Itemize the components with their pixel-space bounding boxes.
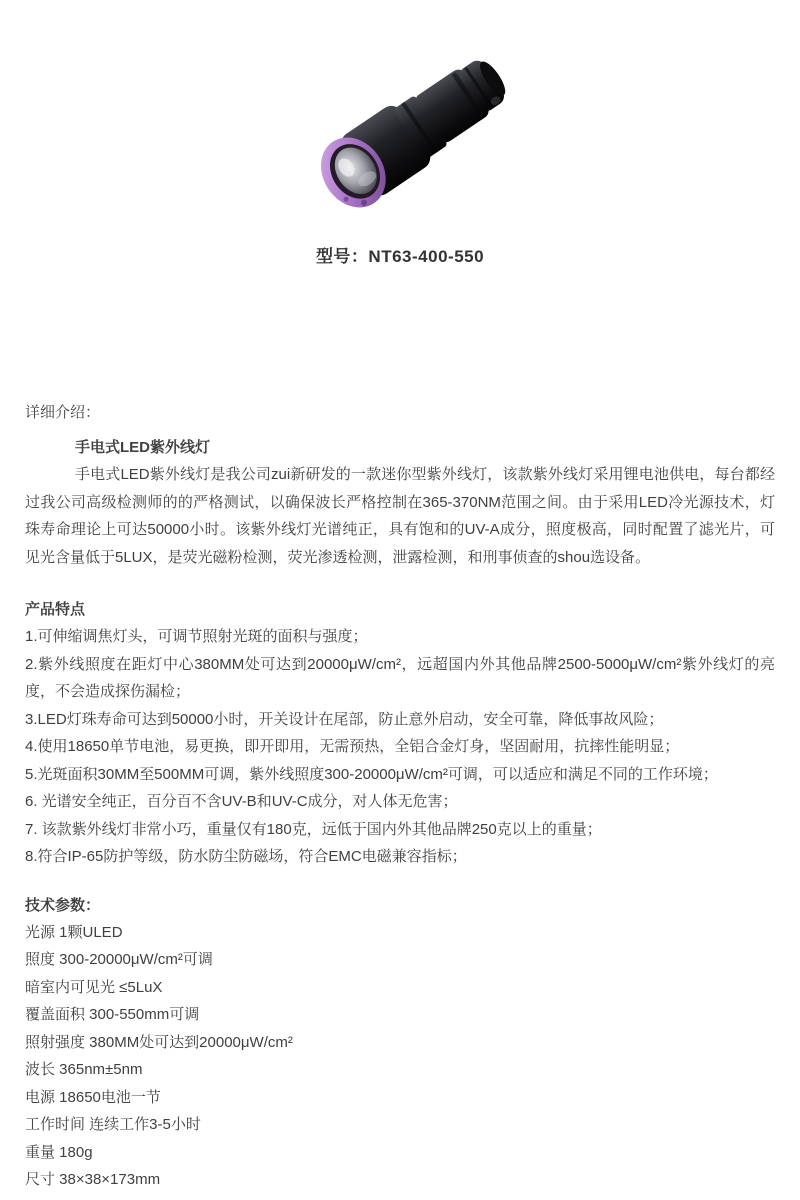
specs-heading: 技术参数： bbox=[25, 892, 775, 919]
spec-item-worktime: 工作时间 连续工作3-5小时 bbox=[25, 1111, 775, 1139]
feature-item-5: 5.光斑面积30MM至500MM可调，紫外线照度300-20000μW/cm²可… bbox=[25, 761, 775, 789]
feature-item-8: 8.符合IP-65防护等级，防水防尘防磁场，符合EMC电磁兼容指标； bbox=[25, 843, 775, 871]
feature-item-2: 2.紫外线照度在距灯中心380MM处可达到20000μW/cm²，远超国内外其他… bbox=[25, 651, 775, 706]
spec-item-illuminance: 照度 300-20000μW/cm²可调 bbox=[25, 946, 775, 974]
product-image bbox=[308, 55, 528, 235]
features-heading: 产品特点 bbox=[25, 596, 775, 623]
spec-item-weight: 重量 180g bbox=[25, 1139, 775, 1167]
feature-item-3: 3.LED灯珠寿命可达到50000小时，开关设计在尾部，防止意外启动，安全可靠，… bbox=[25, 706, 775, 734]
product-title: 手电式LED紫外线灯 bbox=[25, 434, 775, 461]
feature-item-1: 1.可伸缩调焦灯头，可调节照射光斑的面积与强度； bbox=[25, 623, 775, 651]
spec-item-light-source: 光源 1颗ULED bbox=[25, 919, 775, 947]
feature-item-4: 4.使用18650单节电池，易更换，即开即用，无需预热，全铝合金灯身，坚固耐用，… bbox=[25, 733, 775, 761]
feature-item-6: 6. 光谱安全纯正，百分百不含UV-B和UV-C成分，对人体无危害； bbox=[25, 788, 775, 816]
intro-paragraph: 手电式LED紫外线灯是我公司zui新研发的一款迷你型紫外线灯，该款紫外线灯采用锂… bbox=[25, 461, 775, 571]
spec-item-coverage: 覆盖面积 300-550mm可调 bbox=[25, 1001, 775, 1029]
spec-item-intensity: 照射强度 380MM处可达到20000μW/cm² bbox=[25, 1029, 775, 1057]
detail-content: 详细介绍： 手电式LED紫外线灯 手电式LED紫外线灯是我公司zui新研发的一款… bbox=[0, 399, 800, 1194]
spec-item-power: 电源 18650电池一节 bbox=[25, 1084, 775, 1112]
product-detail-page: 型号：NT63-400-550 详细介绍： 手电式LED紫外线灯 手电式LED紫… bbox=[0, 55, 800, 1194]
model-number: 型号：NT63-400-550 bbox=[0, 242, 800, 267]
spec-item-size: 尺寸 38×38×173mm bbox=[25, 1166, 775, 1194]
spec-item-wavelength: 波长 365nm±5nm bbox=[25, 1056, 775, 1084]
uv-flashlight-illustration bbox=[308, 55, 528, 235]
spec-item-visible-light: 暗室内可见光 ≤5LuX bbox=[25, 974, 775, 1002]
feature-item-7: 7. 该款紫外线灯非常小巧，重量仅有180克，远低于国内外其他品牌250克以上的… bbox=[25, 816, 775, 844]
intro-heading: 详细介绍： bbox=[25, 399, 775, 426]
